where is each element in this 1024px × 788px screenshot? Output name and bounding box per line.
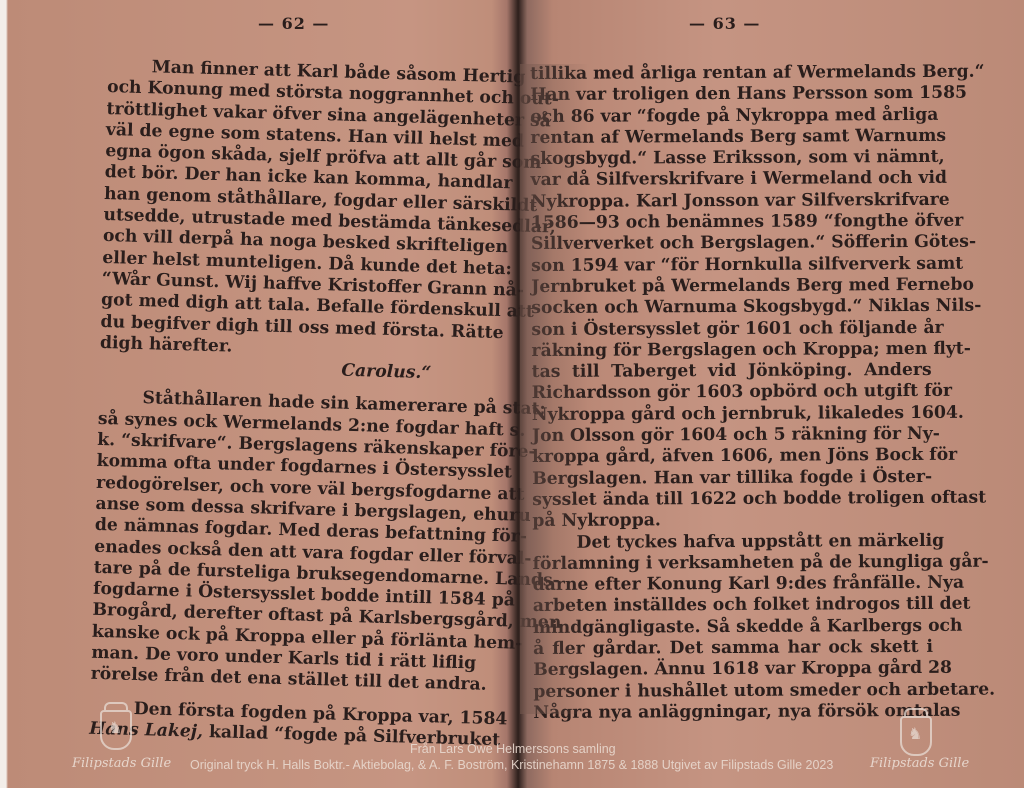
text-line: var då Silfverskrifvare i Wermeland och … xyxy=(531,168,931,191)
text-line: tillika med årliga rentan af Wermelands … xyxy=(530,62,930,85)
text-line: Richardsson gör 1603 opbörd och utgift f… xyxy=(532,381,932,404)
text-line: Några nya anläggningar, nya försök omtal… xyxy=(533,701,933,724)
text-line: och 86 var “fogde på Nykroppa med årliga xyxy=(530,104,930,127)
text-line: son i Östersysslet gör 1601 och följande… xyxy=(531,317,931,340)
page-number-left: — 62 — xyxy=(258,14,329,33)
text-line: personer i hushållet utom smeder och arb… xyxy=(533,680,933,703)
text-line: Nykroppa. Karl Jonsson var Silfverskrifv… xyxy=(531,190,931,213)
text-line: Det tyckes hafva uppstått en märkelig xyxy=(532,530,932,553)
footer-collection-credit: Från Lars Owe Helmerssons samling xyxy=(410,742,616,756)
footer: Från Lars Owe Helmerssons samling Origin… xyxy=(0,738,1024,788)
text-line: Bergslagen. Han var tillika fogde i Öste… xyxy=(532,467,932,490)
text-line: socken och Warnuma Skogsbygd.“ Niklas Ni… xyxy=(531,296,931,319)
text-line: Jon Olsson gör 1604 och 5 räkning för Ny… xyxy=(532,424,932,447)
text-line: på Nykroppa. xyxy=(532,509,932,532)
page-number-right: — 63 — xyxy=(689,14,760,33)
text-line: Han var troligen den Hans Persson som 15… xyxy=(530,83,930,106)
right-page-text: tillika med årliga rentan af Wermelands … xyxy=(530,62,933,724)
right-page: — 63 — tillika med årliga rentan af Werm… xyxy=(522,0,992,740)
text-line: Bergslagen. Ännu 1618 var Kroppa gård 28 xyxy=(533,658,933,681)
text-line: å fler gårdar. Det samma har ock skett i xyxy=(533,637,933,660)
text-line: mindgängligaste. Så skedde å Karlbergs o… xyxy=(533,616,933,639)
text-line: kroppa gård, äfven 1606, men Jöns Bock f… xyxy=(532,445,932,468)
text-line: räkning för Bergslagen och Kroppa; men f… xyxy=(531,339,931,362)
left-page-text: Man finner att Karl både såsom Hertigoch… xyxy=(89,56,480,750)
left-page: — 62 — Man finner att Karl både såsom He… xyxy=(8,0,506,740)
text-line: förlamning i verksamheten på de kungliga… xyxy=(533,552,933,575)
text-line: rentan af Wermelands Berg samt Warnums xyxy=(530,126,930,149)
text-line: tas till Taberget vid Jönköping. Anders xyxy=(532,360,932,383)
text-line: Jernbruket på Wermelands Berg med Ferneb… xyxy=(531,275,931,298)
text-line: Nykroppa gård och jernbruk, likaledes 16… xyxy=(532,403,932,426)
book-spread: — 62 — Man finner att Karl både såsom He… xyxy=(0,0,1024,788)
text-line: skogsbygd.“ Lasse Eriksson, som vi nämnt… xyxy=(530,147,930,170)
text-line: darne efter Konung Karl 9:des frånfälle.… xyxy=(533,573,933,596)
footer-publication-credit: Original tryck H. Halls Boktr.- Aktiebol… xyxy=(190,758,833,772)
text-line: sysslet ända till 1622 och bodde trolige… xyxy=(532,488,932,511)
text-line: son 1594 var “för Hornkulla silfververk … xyxy=(531,254,931,277)
text-line: 1586—93 och benämnes 1589 “fongthe öfver xyxy=(531,211,931,234)
text-line: arbeten inställdes och folket indrogos t… xyxy=(533,594,933,617)
text-line: Sillververket och Bergslagen.“ Söfferin … xyxy=(531,232,931,255)
